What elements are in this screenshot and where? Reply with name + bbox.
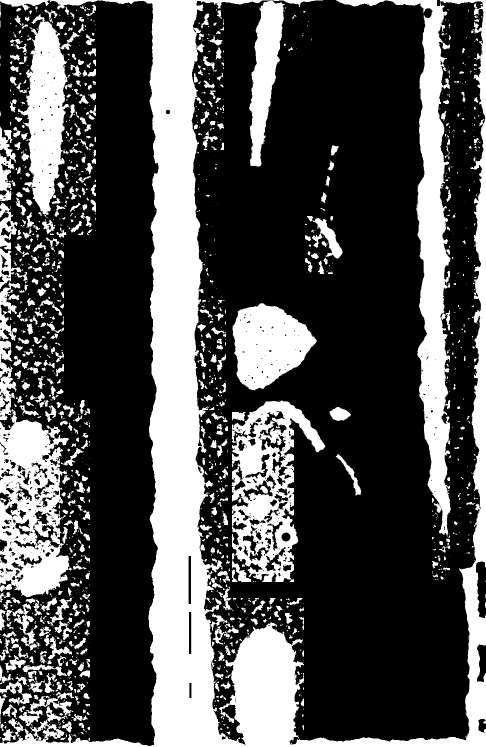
center-left-edge-speckle-1 [194,0,224,150]
gutter-dash-2 [189,612,191,654]
right-strip-left-ragged [432,0,450,580]
right-edge-dash-2 [479,645,486,680]
gutter-dash-3 [189,683,191,698]
left-column-region [0,0,153,747]
right-edge-dash-3 [480,720,486,732]
top-band-side-specks [284,0,312,52]
speckle-mass-blob-2 [248,497,272,519]
right-strip-pocks [448,0,476,560]
highlight-bottom-blob [233,627,297,747]
center-left-edge-speckle-2 [194,150,218,320]
right-strip-right-ragged [474,0,484,570]
highlight-speckle-cluster [305,216,333,274]
photo-canvas [0,0,486,747]
photocopy-photo [0,0,486,747]
white-ring-core [282,533,291,542]
speckle-mass-blob-1 [238,447,262,473]
gutter-speck [166,110,170,114]
gutter-dash-1 [189,556,191,604]
right-edge-dash-1 [478,562,486,617]
left-margin-speckle [0,130,11,420]
gutter-top-tick [437,0,440,6]
mid-blob-specks [240,310,310,390]
left-bottom-speckle [0,600,72,747]
ring-dots [254,546,282,572]
left-bright-blob-specks [32,42,60,200]
gutter-round-dot [424,8,433,18]
left-band-speckle-mid [8,225,64,415]
center-left-edge-speckle-3 [192,300,226,410]
edge-nub [152,163,158,173]
